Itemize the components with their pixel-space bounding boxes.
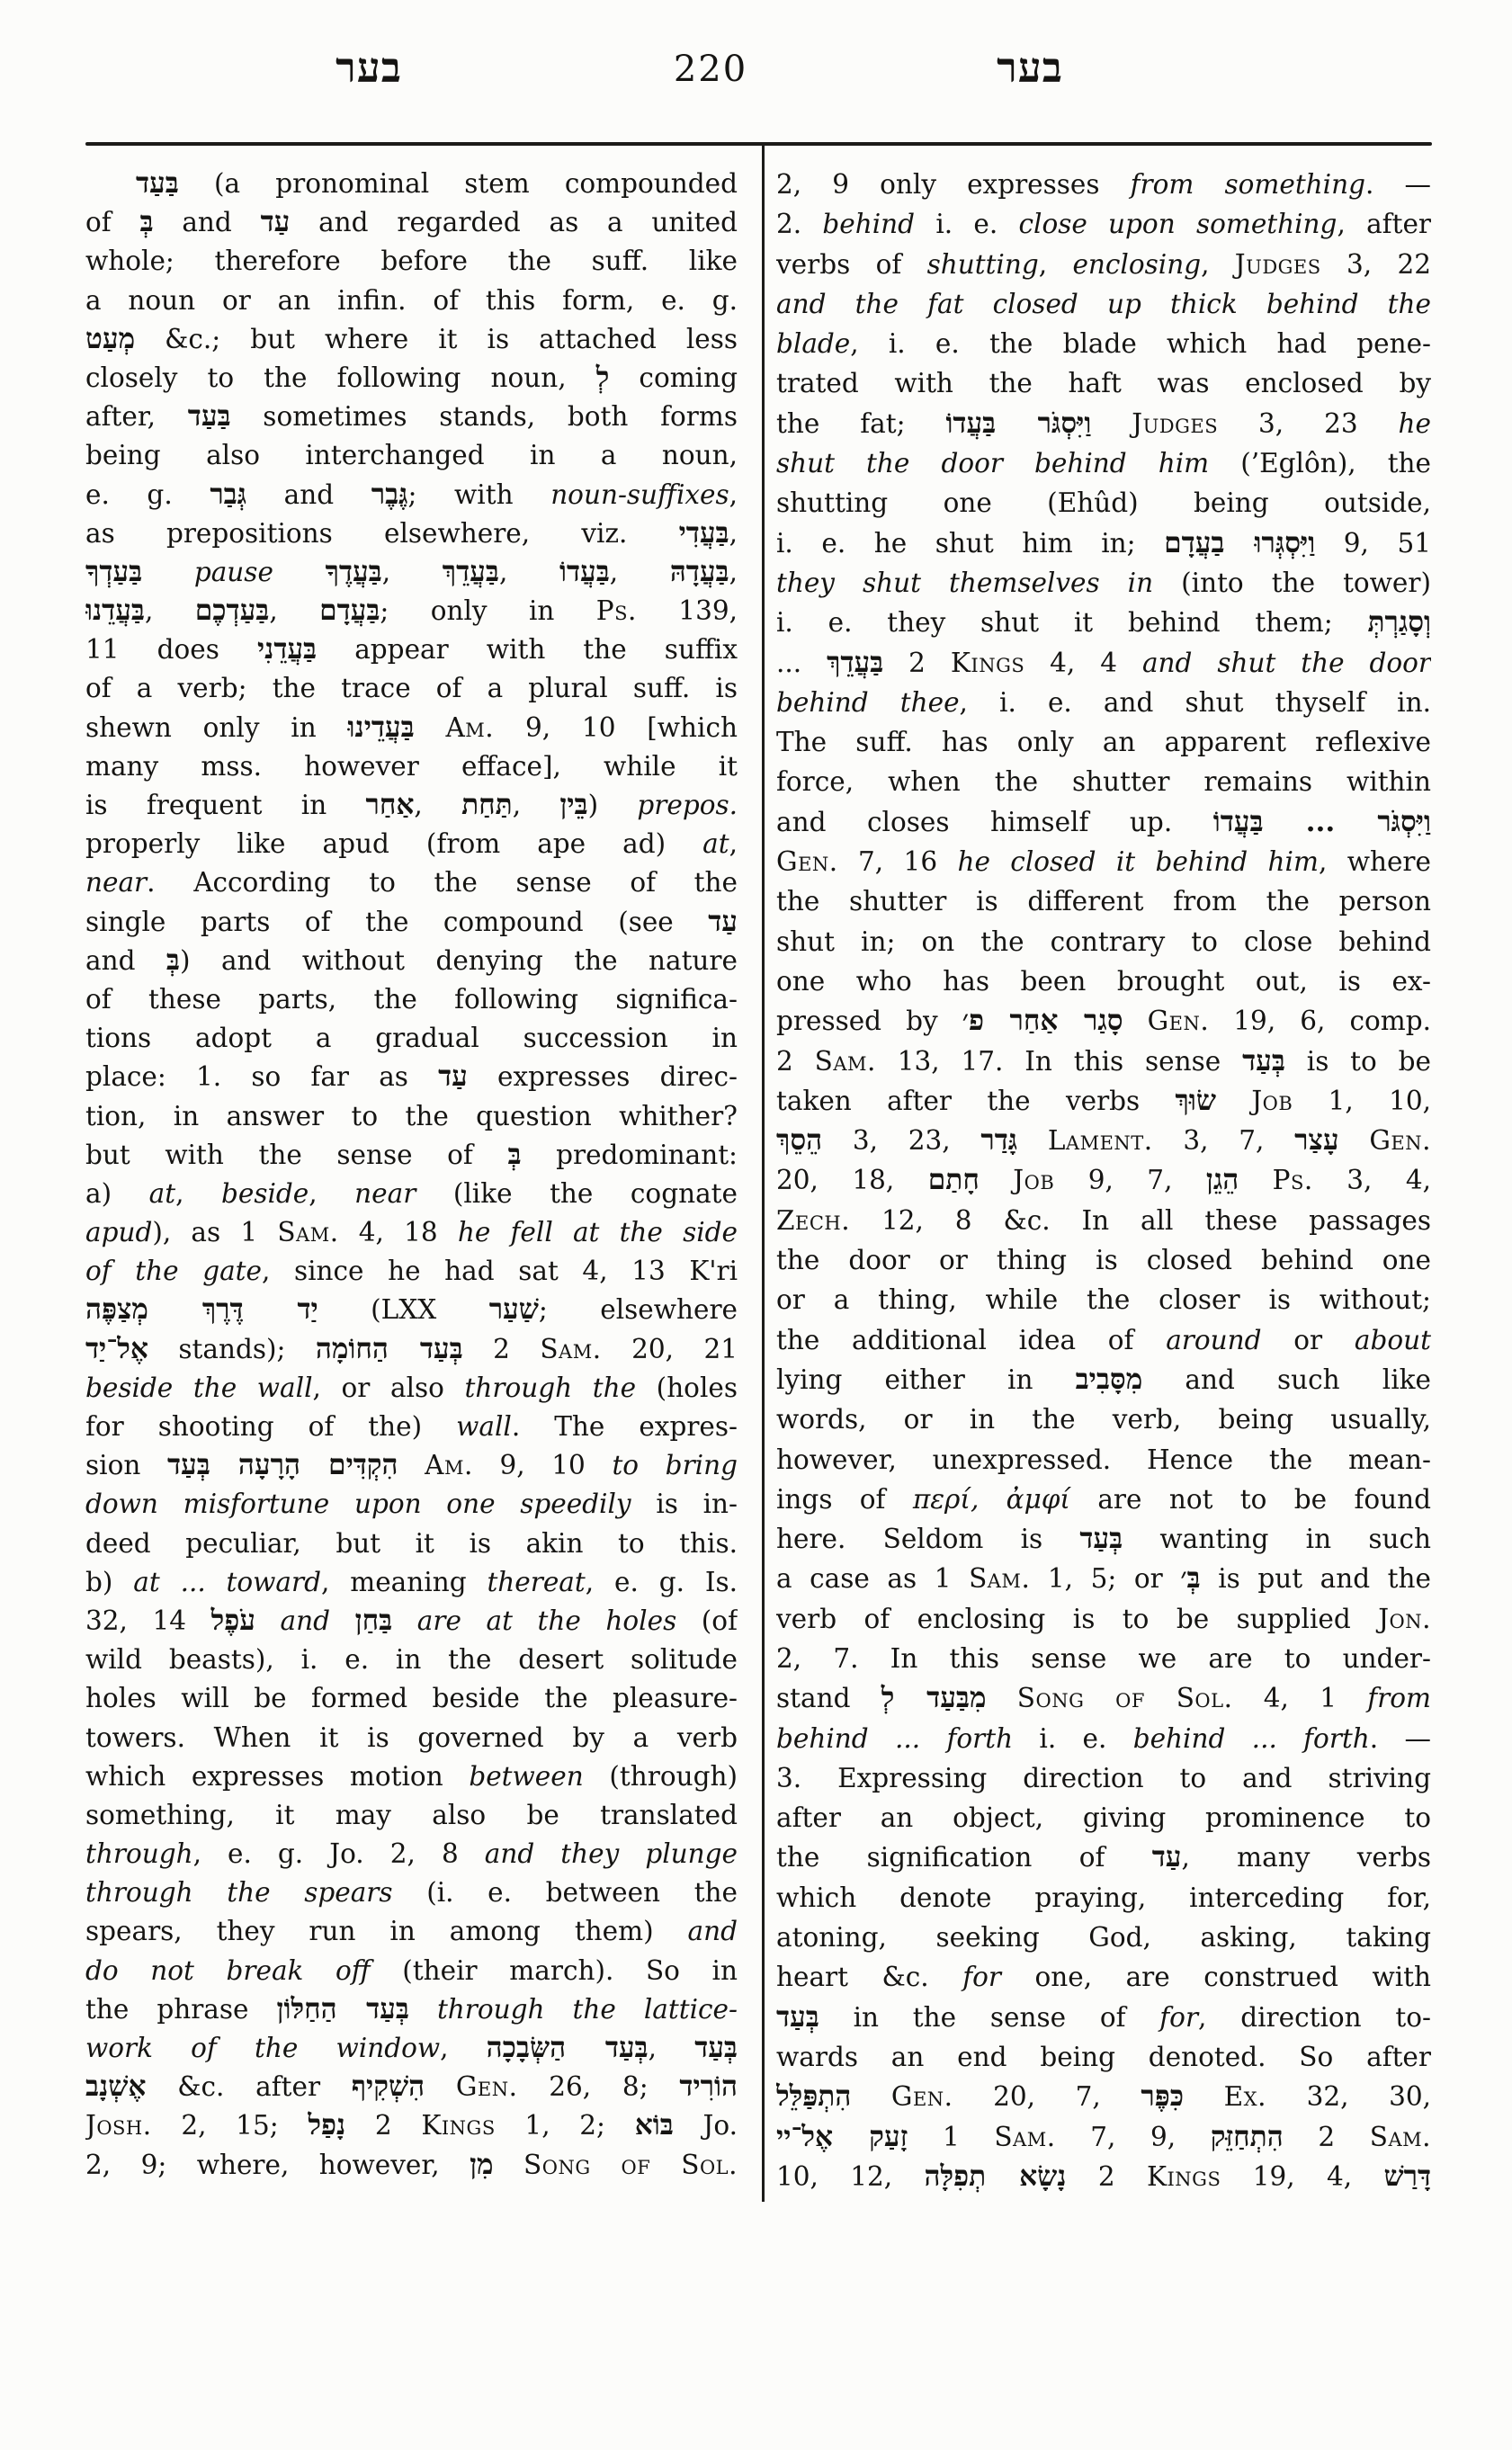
roman-text: 2 xyxy=(1284,2122,1370,2152)
italic-text: near xyxy=(354,1178,416,1209)
text-line: holes will be formed beside the pleasure… xyxy=(85,1679,738,1718)
roman-text: 2, 15; xyxy=(152,2110,309,2141)
hebrew-text: בַּעֲדֵנוּ xyxy=(85,595,145,627)
text-line: 2. behind i. e. close upon something, af… xyxy=(776,204,1431,244)
text-line: of a verb; the trace of a plural suff. i… xyxy=(85,669,738,708)
text-line: through, e. g. Jo. 2, 8 and they plunge xyxy=(85,1835,738,1873)
italic-text: about xyxy=(1355,1325,1431,1355)
roman-text: , or also xyxy=(313,1373,465,1403)
hebrew-text: וַיִּסְגֹּר ... בַּעֲדוֹ xyxy=(1213,806,1431,838)
roman-text: lying either in xyxy=(776,1364,1076,1395)
hebrew-text: בְּעַד הַחַלּוֹן xyxy=(277,1993,409,2025)
roman-text: 32, 14 xyxy=(85,1605,211,1636)
hebrew-text: בְּ xyxy=(139,206,153,238)
roman-text: pressed by xyxy=(776,1006,962,1036)
text-line: something, it may also be translated xyxy=(85,1796,738,1835)
hebrew-text: מִן xyxy=(470,2149,494,2181)
roman-text: and such like xyxy=(1142,1364,1431,1395)
roman-text: 10, 12, xyxy=(776,2161,925,2192)
hebrew-text: הִתְחַזֵּק xyxy=(1211,2121,1284,2153)
roman-text: wild beasts), i. e. in the desert solitu… xyxy=(85,1644,738,1675)
text-line: however, unexpressed. Hence the mean- xyxy=(776,1440,1431,1480)
roman-text: (like the cognate xyxy=(416,1178,738,1209)
roman-text: The suff. has only an apparent reflexive xyxy=(776,727,1431,757)
roman-text: b) xyxy=(85,1567,133,1597)
italic-text: for xyxy=(962,1962,1001,1992)
roman-text: 4, 18 xyxy=(339,1217,458,1247)
smallcaps-text: Judges xyxy=(1132,408,1218,439)
italic-text: through the lattice- xyxy=(437,1994,738,2025)
roman-text: , xyxy=(145,595,195,626)
roman-text: of these parts, the following significa- xyxy=(85,984,738,1015)
smallcaps-text: Job xyxy=(1013,1165,1054,1195)
text-line: words, or in the verb, being usually, xyxy=(776,1399,1431,1439)
text-line: is frequent in אַחַר, תַּחַת, בֵּין) pre… xyxy=(85,786,738,825)
roman-text: (through) xyxy=(584,1761,738,1792)
header-keyword-right: בער xyxy=(980,43,1079,92)
roman-text: 4, 4 xyxy=(1024,648,1142,678)
roman-text: 20, 21 xyxy=(602,1334,738,1364)
italic-text: behind ... forth xyxy=(776,1723,1013,1754)
text-line: e. g. גְּבַר and גֶּבֶר; with noun-suffi… xyxy=(85,476,738,514)
roman-text: , i. e. the blade which had pene- xyxy=(850,328,1431,359)
roman-text: Jo. xyxy=(674,2110,738,2141)
roman-text: holes will be formed beside the pleasure… xyxy=(85,1683,738,1713)
text-line: of בְּ and עַד and regarded as a united xyxy=(85,203,738,242)
hebrew-text: בַּעֲדוֹ xyxy=(559,556,610,588)
roman-text xyxy=(1123,1006,1148,1036)
roman-text: 1, 2; xyxy=(496,2110,635,2141)
roman-text: the door or thing is closed behind one xyxy=(776,1245,1431,1275)
roman-text: towers. When it is governed by a verb xyxy=(85,1722,738,1753)
hebrew-text: בַּעַד xyxy=(136,167,179,200)
hebrew-text: עֹפֶל xyxy=(211,1605,255,1637)
hebrew-text: בְּ xyxy=(507,1139,521,1171)
hebrew-text: הִקְדִּים הָרָעָה בְּעַד xyxy=(167,1449,398,1481)
italic-text: blade xyxy=(776,328,850,359)
text-line: apud), as 1 Sam. 4, 18 he fell at the si… xyxy=(85,1213,738,1252)
italic-text: of the gate xyxy=(85,1256,262,1286)
hebrew-text: וַיִּסְגְּרוּ בַעֲדָם xyxy=(1164,527,1315,559)
roman-text: taken after the verbs xyxy=(776,1086,1176,1116)
text-line: tions adopt a gradual succession in xyxy=(85,1019,738,1058)
hebrew-text: בַּעֲדֵךְ xyxy=(443,556,499,588)
roman-text: ) xyxy=(588,790,638,820)
roman-text: &c.; but where it is attached less xyxy=(135,324,738,354)
roman-text: 2 xyxy=(345,2110,421,2141)
text-line: זָעַק אֶל־יי 1 Sam. 7, 9, הִתְחַזֵּק 2 S… xyxy=(776,2117,1431,2157)
text-line: blade, i. e. the blade which had pene- xyxy=(776,324,1431,363)
roman-text: , xyxy=(729,479,738,510)
roman-text: 9, 10 xyxy=(473,1450,613,1480)
roman-text: 1, 5; or xyxy=(1030,1563,1180,1594)
roman-text: 32, 30, xyxy=(1266,2081,1431,2112)
smallcaps-text: Gen. xyxy=(1148,1006,1210,1036)
roman-text: in the sense of xyxy=(819,2002,1159,2033)
text-line: they shut themselves in (into the tower) xyxy=(776,563,1431,603)
smallcaps-text: Am. xyxy=(446,712,495,743)
roman-text: ,‎ xyxy=(649,2033,695,2063)
hebrew-text: וְסָגַרְתְּ xyxy=(1367,606,1431,639)
smallcaps-text: Gen. xyxy=(891,2081,953,2112)
roman-text xyxy=(980,1165,1013,1195)
text-line: which expresses motion between (through) xyxy=(85,1757,738,1796)
roman-text: tions adopt a gradual succession in xyxy=(85,1023,738,1053)
roman-text: 7, 16 xyxy=(838,846,958,877)
lexicon-page: בער 220 בער בַּעַד (a pronominal stem co… xyxy=(0,0,1512,2450)
text-line: הִתְפַּלֵּל Gen. 20, 7, כִּפֶּר Ex. 32, … xyxy=(776,2077,1431,2116)
roman-text: 2. xyxy=(776,209,822,239)
roman-text: &c. after xyxy=(146,2071,351,2102)
italic-text: behind xyxy=(822,209,915,239)
text-line: whole; therefore before the suff. like xyxy=(85,242,738,281)
roman-text xyxy=(1184,2081,1224,2112)
roman-text: is frequent in xyxy=(85,790,365,820)
text-line: towers. When it is governed by a verb xyxy=(85,1719,738,1757)
text-line: down misfortune upon one speedily is in- xyxy=(85,1485,738,1524)
italic-text: through the spears xyxy=(85,1877,393,1908)
hebrew-text: גָּדַר xyxy=(980,1124,1017,1157)
roman-text: or xyxy=(1262,1325,1355,1355)
italic-text: behind thee xyxy=(776,687,960,718)
hebrew-text: נָשָׂא תְפִלָּה xyxy=(925,2160,1067,2193)
italic-text: enclosing xyxy=(1072,249,1201,280)
text-line: which denote praying, interceding for, xyxy=(776,1878,1431,1918)
text-line: do not break off (their march). So in xyxy=(85,1952,738,1990)
roman-text: many mss. however efface], while it xyxy=(85,751,738,782)
roman-text: 3. Expressing direction to and striving xyxy=(776,1763,1431,1793)
header-rule xyxy=(85,142,1432,146)
hebrew-text: בַּעֲדֶךָ xyxy=(326,556,382,588)
text-line: stand מִבַּעַד לְ Song of Sol. 4, 1 from xyxy=(776,1678,1431,1718)
hebrew-text: בַּעַדְךָ xyxy=(85,556,142,588)
text-line: behind ... forth i. e. behind ... forth.… xyxy=(776,1719,1431,1758)
roman-text: . — xyxy=(1370,1723,1431,1754)
text-line: behind thee, i. e. and shut thyself in. xyxy=(776,683,1431,722)
smallcaps-text: Sam. xyxy=(994,2122,1055,2152)
roman-text: , xyxy=(610,557,670,587)
roman-text: , where xyxy=(1319,846,1431,877)
smallcaps-text: Zech. xyxy=(776,1205,850,1236)
hebrew-text: זָעַק אֶל־יי xyxy=(776,2121,908,2153)
text-line: sion הִקְדִּים הָרָעָה בְּעַד Am. 9, 10 … xyxy=(85,1446,738,1485)
greek-text: περί, ἀμφί xyxy=(913,1484,1070,1515)
text-line: beside the wall, or also through the (ho… xyxy=(85,1369,738,1408)
roman-text: , xyxy=(175,1178,221,1209)
text-line: אֶל־יַד stands); בְּעַד הַחוֹמָה 2 Sam. … xyxy=(85,1330,738,1369)
roman-text: ; with xyxy=(408,479,551,510)
smallcaps-text: Gen. xyxy=(1369,1125,1431,1156)
roman-text: for shooting of the) xyxy=(85,1411,456,1442)
text-line: spears, they run in among them) and xyxy=(85,1912,738,1951)
roman-text: is in- xyxy=(631,1489,738,1519)
italic-text: and they plunge xyxy=(485,1838,738,1869)
roman-text: wards an end being denoted. So after xyxy=(776,2042,1431,2072)
text-line: here. Seldom is בְּעַד wanting in such xyxy=(776,1519,1431,1559)
roman-text: coming xyxy=(609,362,738,393)
text-line: pressed by סָגַר אַחַר פ׳ Gen. 19, 6, co… xyxy=(776,1001,1431,1041)
text-line: בַּעַד (a pronominal stem compounded xyxy=(85,165,738,203)
hebrew-text: גְּבַר xyxy=(210,478,246,511)
roman-text: however, unexpressed. Hence the mean- xyxy=(776,1444,1431,1475)
roman-text: , xyxy=(513,790,560,820)
roman-text: ings of xyxy=(776,1484,913,1515)
italic-text: prepos. xyxy=(637,790,738,820)
roman-text: are not to be found xyxy=(1070,1484,1431,1515)
hebrew-text: בְּעַד xyxy=(694,2032,738,2064)
roman-text: ; elsewhere xyxy=(539,1294,738,1325)
roman-text: , xyxy=(269,595,319,626)
text-line: a noun or an infin. of this form, e. g. xyxy=(85,282,738,320)
hebrew-text: בַּעֲדֵינוּ xyxy=(348,711,415,744)
roman-text: tion, in answer to the question whither? xyxy=(85,1101,738,1131)
roman-text: is put and the xyxy=(1201,1563,1431,1594)
text-line: trated with the haft was enclosed by xyxy=(776,363,1431,403)
italic-text: they shut themselves in xyxy=(776,568,1153,598)
italic-text: at ... toward xyxy=(133,1567,321,1597)
italic-text: thereat xyxy=(487,1567,585,1597)
hebrew-text: בַּעֲדָהּ xyxy=(670,556,729,588)
hebrew-text: בַּעֲדִי xyxy=(679,517,729,550)
text-line: of these parts, the following significa- xyxy=(85,980,738,1019)
text-line: and בְּ) and without denying the nature xyxy=(85,942,738,980)
hebrew-text: וַיִּסְגֹּר בַּעֲדוֹ xyxy=(945,407,1091,440)
roman-text: 2, 9 only expresses xyxy=(776,169,1131,200)
text-line: tion, in answer to the question whither? xyxy=(85,1097,738,1136)
roman-text: 13, 17. In this sense xyxy=(876,1046,1242,1077)
roman-text: 2 xyxy=(1066,2161,1146,2192)
smallcaps-text: Job xyxy=(1251,1086,1293,1116)
roman-text: after, xyxy=(85,401,188,432)
text-line: 10, 12, נָשָׂא תְפִלָּה 2 Kings 19, 4, ד… xyxy=(776,2157,1431,2196)
roman-text: properly like apud (from ape ad) xyxy=(85,828,702,859)
italic-text: he fell at the side xyxy=(458,1217,738,1247)
italic-text: pause xyxy=(194,557,273,587)
smallcaps-text: Josh. xyxy=(85,2110,152,2141)
roman-text: the signification of xyxy=(776,1842,1152,1873)
italic-text: work of the window xyxy=(85,2033,440,2063)
roman-text: 2, 7. In this sense we are to under- xyxy=(776,1643,1431,1674)
hebrew-text: מִבַּעַד לְ xyxy=(881,1682,987,1714)
roman-text: , xyxy=(499,557,559,587)
roman-text xyxy=(273,557,326,587)
hebrew-text: מְעַט xyxy=(85,323,135,355)
text-line: being also interchanged in a noun, xyxy=(85,436,738,475)
hebrew-text: הִתְפַּלֵּל xyxy=(776,2080,851,2113)
hebrew-text: שַׁעַר xyxy=(489,1293,539,1326)
roman-text: stands); xyxy=(148,1334,316,1364)
hebrew-text: עַד xyxy=(438,1060,468,1093)
roman-text xyxy=(398,1450,425,1480)
roman-text: 19, 4, xyxy=(1221,2161,1383,2192)
left-column: בַּעַד (a pronominal stem compoundedof ב… xyxy=(85,165,738,2185)
hebrew-text: נָפַל xyxy=(308,2109,345,2142)
hebrew-text: עַד xyxy=(261,206,291,238)
italic-text: from xyxy=(1367,1683,1431,1713)
smallcaps-text: Ps. xyxy=(1273,1165,1313,1195)
italic-text: wall xyxy=(456,1411,512,1442)
italic-text: shutting xyxy=(927,249,1039,280)
roman-text xyxy=(1091,408,1132,439)
smallcaps-text: Lament. xyxy=(1048,1125,1153,1156)
roman-text: single parts of the compound (see xyxy=(85,907,708,937)
roman-text: heart &c. xyxy=(776,1962,962,1992)
text-line: many mss. however efface], while it xyxy=(85,747,738,786)
roman-text: place: 1. so far as xyxy=(85,1061,438,1092)
roman-text: , xyxy=(440,2033,487,2063)
roman-text xyxy=(1216,1086,1251,1116)
roman-text: (into the tower) xyxy=(1153,568,1431,598)
roman-text xyxy=(1017,1125,1048,1156)
roman-text: 2 xyxy=(463,1334,541,1364)
hebrew-text: סָגַר אַחַר פ׳ xyxy=(962,1005,1123,1037)
roman-text: whole; therefore before the suff. like xyxy=(85,246,738,276)
hebrew-text: כִּפֶּר xyxy=(1141,2080,1184,2113)
roman-text: wanting in such xyxy=(1123,1524,1431,1554)
roman-text: i. e. xyxy=(915,209,1018,239)
page-number: 220 xyxy=(657,49,765,90)
italic-text: for xyxy=(1159,2002,1198,2033)
text-line: wild beasts), i. e. in the desert solitu… xyxy=(85,1641,738,1679)
text-line: Zech. 12, 8 &c. In all these passages xyxy=(776,1201,1431,1240)
hebrew-text: לְ xyxy=(596,362,610,394)
smallcaps-text: Kings xyxy=(421,2110,495,2141)
smallcaps-text: Jon. xyxy=(1378,1604,1431,1634)
roman-text: 3, 22 xyxy=(1321,249,1431,280)
roman-text: , xyxy=(729,557,738,587)
smallcaps-text: Ex. xyxy=(1224,2081,1266,2112)
roman-text: 2 xyxy=(776,1046,815,1077)
hebrew-text: בַּעַד xyxy=(188,400,231,433)
smallcaps-text: Song of Sol. xyxy=(1017,1683,1233,1713)
roman-text: atoning, seeking God, asking, taking xyxy=(776,1922,1431,1953)
roman-text: force, when the shutter remains within xyxy=(776,766,1431,797)
roman-text: i. e. he shut him in; xyxy=(776,528,1164,559)
italic-text: at xyxy=(149,1178,175,1209)
roman-text: the additional idea of xyxy=(776,1325,1166,1355)
hebrew-text: בֵּין xyxy=(559,789,587,821)
text-line: shewn only in בַּעֲדֵינוּ Am. 9, 10 [whi… xyxy=(85,709,738,747)
text-line: after an object, giving prominence to xyxy=(776,1798,1431,1837)
roman-text: 11 does xyxy=(85,634,257,665)
hebrew-text: בְּעַד xyxy=(1079,1523,1123,1555)
roman-text: . — xyxy=(1365,169,1431,200)
text-line: 2, 9; where, however, מִן Song of Sol. xyxy=(85,2146,738,2185)
smallcaps-text: Sam. xyxy=(540,1334,601,1364)
roman-text xyxy=(1239,1165,1272,1195)
roman-text: 20, 7, xyxy=(953,2081,1141,2112)
roman-text: one, are construed with xyxy=(1001,1962,1431,1992)
roman-text: but with the sense of xyxy=(85,1140,507,1170)
roman-text: , i. e. and shut thyself in. xyxy=(960,687,1431,718)
roman-text: , xyxy=(414,790,461,820)
roman-text: a) xyxy=(85,1178,149,1209)
roman-text: 9, 10 [which xyxy=(494,712,738,743)
text-line: The suff. has only an apparent reflexive xyxy=(776,722,1431,762)
roman-text: sion xyxy=(85,1450,167,1480)
text-line: for shooting of the) wall. The expres- xyxy=(85,1408,738,1446)
roman-text: 26, 8; xyxy=(518,2071,680,2102)
text-line: i. e. they shut it behind them; וְסָגַרְ… xyxy=(776,603,1431,642)
roman-text: , many verbs xyxy=(1181,1842,1431,1873)
roman-text: 20, 18, xyxy=(776,1165,928,1195)
roman-text: (their march). So in xyxy=(371,1955,738,1986)
roman-text: a noun or an infin. of this form, e. g. xyxy=(85,285,738,316)
hebrew-text: עַד xyxy=(1152,1841,1182,1873)
roman-text: and closes himself up. xyxy=(776,807,1213,837)
hebrew-text: בְּעַד הַחוֹמָה xyxy=(316,1333,463,1365)
hebrew-text: הִשְׁקִיף xyxy=(352,2070,425,2103)
roman-text: 3, 23 xyxy=(1218,408,1398,439)
roman-text xyxy=(851,2081,891,2112)
roman-text: 3, 23, xyxy=(822,1125,980,1156)
roman-text: e. g. xyxy=(85,479,210,510)
text-line: through the spears (i. e. between the xyxy=(85,1873,738,1912)
column-divider xyxy=(762,146,765,2202)
roman-text xyxy=(255,1605,281,1636)
roman-text: stand xyxy=(776,1683,881,1713)
hebrew-text: בַּעֲדָם xyxy=(319,595,380,627)
italic-text: behind ... forth xyxy=(1133,1723,1370,1754)
text-line: work of the window, בְּעַד הַשְּׂבָכָה,‎… xyxy=(85,2029,738,2068)
text-line: and the fat closed up thick behind the xyxy=(776,284,1431,324)
text-line: shut in; on the contrary to close behind xyxy=(776,922,1431,961)
text-line: wards an end being denoted. So after xyxy=(776,2037,1431,2077)
text-line: 32, 14 עֹפֶל and בַּחַן are at the holes… xyxy=(85,1602,738,1641)
smallcaps-text: Kings xyxy=(951,648,1024,678)
text-line: a case as 1 Sam. 1, 5; or בְּ׳ is put an… xyxy=(776,1559,1431,1598)
roman-text: , after xyxy=(1337,209,1431,239)
italic-text: apud xyxy=(85,1217,152,1247)
hebrew-text: בְּ׳ xyxy=(1180,1562,1200,1595)
text-line: 2, 7. In this sense we are to under- xyxy=(776,1639,1431,1678)
italic-text: from something xyxy=(1131,169,1365,200)
smallcaps-text: Judges xyxy=(1235,249,1321,280)
text-line: הֵסֵךְ 3, 23, גָּדַר Lament. 3, 7, עָצַר… xyxy=(776,1121,1431,1160)
roman-text xyxy=(392,1605,417,1636)
roman-text xyxy=(425,2071,456,2102)
smallcaps-text: Song of Sol. xyxy=(523,2150,738,2180)
italic-text: at xyxy=(702,828,729,859)
roman-text xyxy=(987,1683,1017,1713)
italic-text: near xyxy=(85,867,147,898)
roman-text: . The expres- xyxy=(512,1411,738,1442)
roman-text: verbs of xyxy=(776,249,927,280)
roman-text: i. e. xyxy=(1013,1723,1133,1754)
roman-text: . According to the sense of the xyxy=(147,867,738,898)
roman-text xyxy=(1339,1125,1370,1156)
text-line: one who has been brought out, is ex- xyxy=(776,961,1431,1001)
roman-text: (LXX xyxy=(318,1294,489,1325)
hebrew-text: בְּעַד xyxy=(776,2001,819,2034)
smallcaps-text: Sam. xyxy=(815,1046,876,1077)
roman-text: , meaning xyxy=(321,1567,487,1597)
roman-text: and xyxy=(246,479,371,510)
roman-text: verb of enclosing is to be supplied xyxy=(776,1604,1378,1634)
header-keyword-left: בער xyxy=(319,43,418,92)
roman-text: closely to the following noun, xyxy=(85,362,596,393)
text-line: אֶשְׁנָב &c. after הִשְׁקִיף Gen. 26, 8;… xyxy=(85,2068,738,2106)
text-line: deed peculiar, but it is akin to this. xyxy=(85,1525,738,1563)
roman-text: , xyxy=(382,557,443,587)
text-line: the additional idea of around or about xyxy=(776,1320,1431,1360)
text-line: verbs of shutting, enclosing, Judges 3, … xyxy=(776,245,1431,284)
hebrew-text: בַּעַדְכֶם xyxy=(195,595,270,627)
text-line: the fat; וַיִּסְגֹּר בַּעֲדוֹ Judges 3, … xyxy=(776,404,1431,443)
italic-text: he closed it behind him xyxy=(957,846,1319,877)
hebrew-text: עָצַר xyxy=(1294,1124,1338,1157)
roman-text: which denote praying, interceding for, xyxy=(776,1882,1431,1913)
